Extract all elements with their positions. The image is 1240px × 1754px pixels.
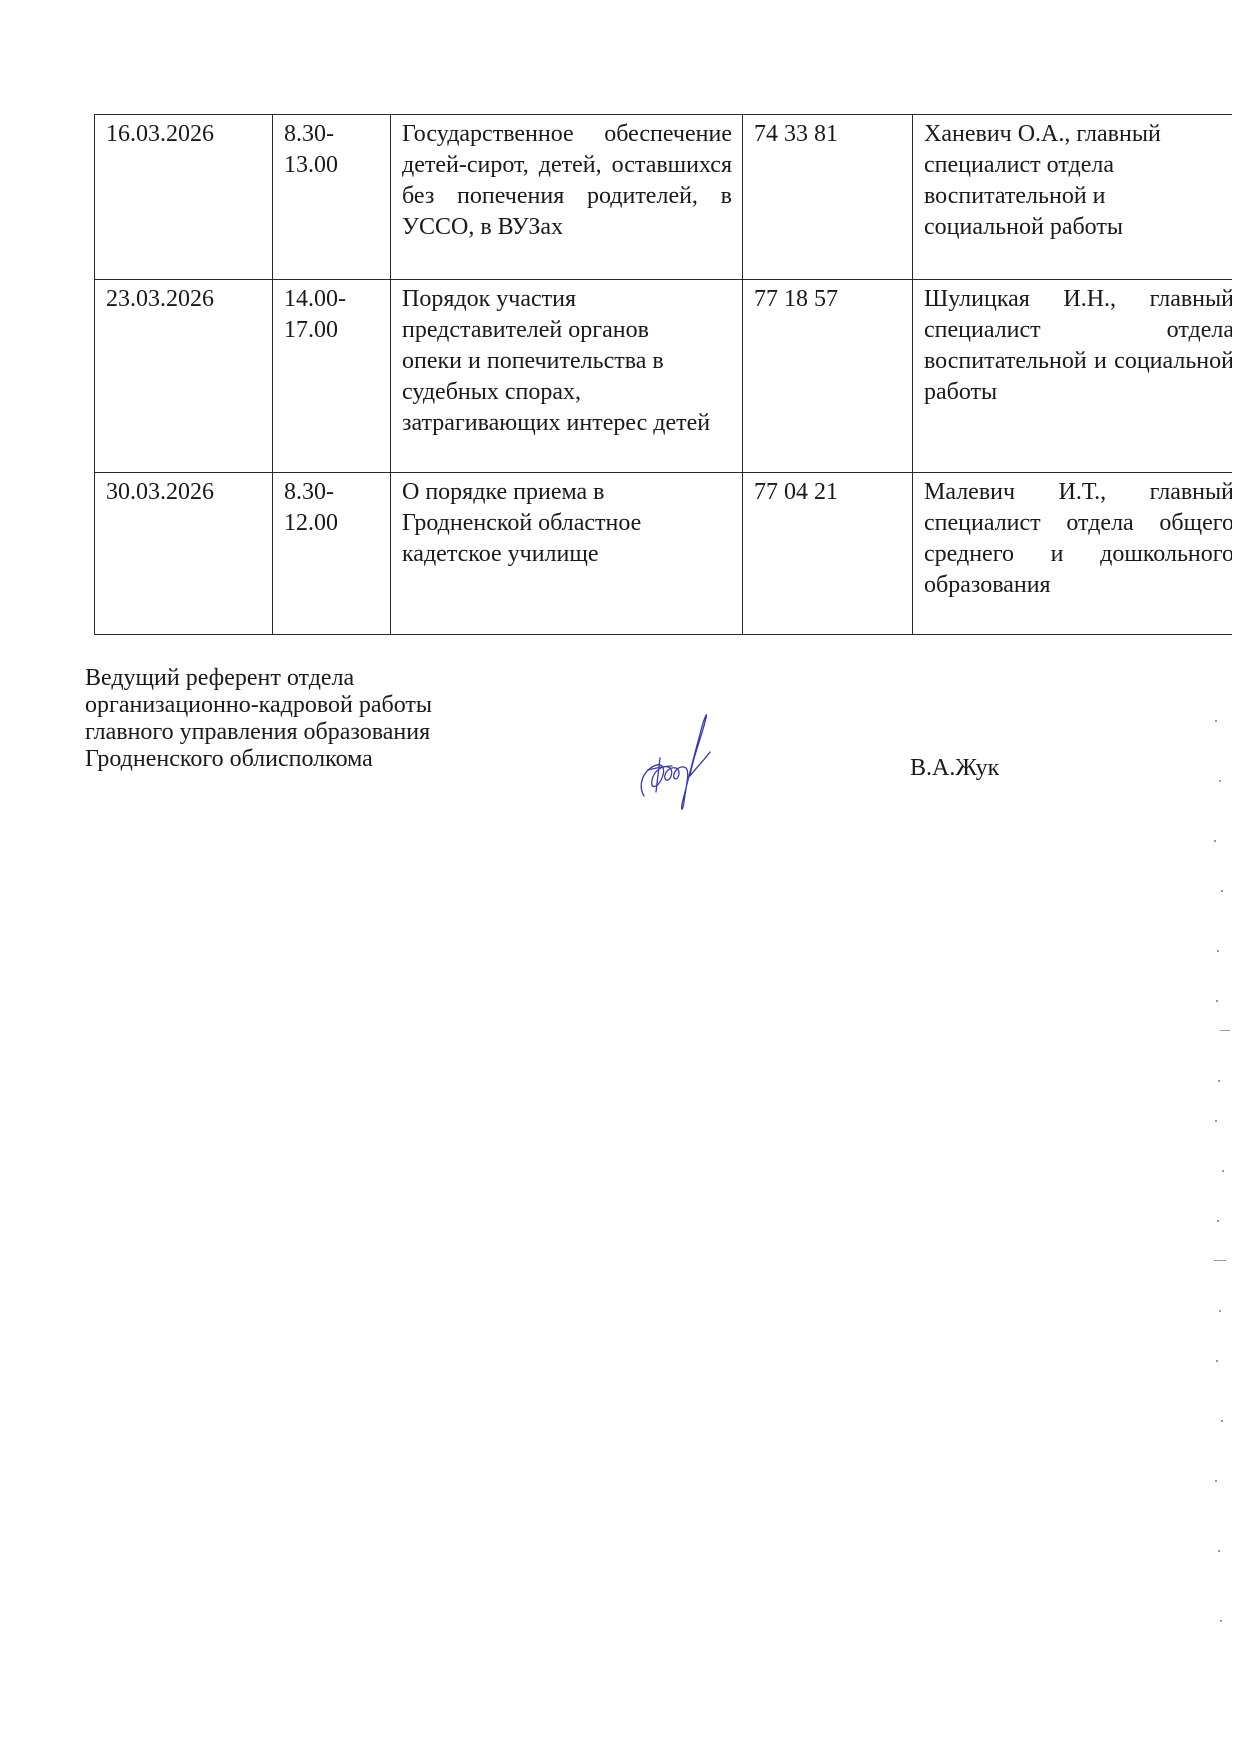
time-cell: 8.30-13.00 — [273, 115, 391, 280]
date-cell: 23.03.2026 — [95, 280, 273, 473]
position-line: Гродненского облисполкома — [85, 746, 432, 773]
position-line: главного управления образования — [85, 719, 432, 746]
consultation-schedule-table: 16.03.2026 8.30-13.00 Государственное об… — [94, 114, 1232, 635]
topic-cell: Порядок участия представителей органов о… — [391, 280, 743, 473]
date-cell: 30.03.2026 — [95, 473, 273, 635]
time-end: 13.00 — [284, 152, 338, 178]
handwritten-signature-icon — [636, 706, 720, 816]
table-row: 30.03.2026 8.30-12.00 О порядке приема в… — [95, 473, 1233, 635]
person-cell: Ханевич О.А., главный специалист отдела … — [913, 115, 1233, 280]
person-cell: Малевич И.Т., главный специалист отдела … — [913, 473, 1233, 635]
table-row: 23.03.2026 14.00-17.00 Порядок участия п… — [95, 280, 1233, 473]
time-start: 8.30- — [284, 121, 334, 147]
position-line: Ведущий референт отдела — [85, 665, 432, 692]
time-start: 14.00- — [284, 286, 346, 312]
position-line: организационно-кадровой работы — [85, 692, 432, 719]
phone-cell: 77 18 57 — [743, 280, 913, 473]
signer-name: В.А.Жук — [910, 755, 999, 782]
signer-position: Ведущий референт отдела организационно-к… — [85, 665, 432, 773]
scan-artifact-strip — [1212, 700, 1226, 1700]
time-end: 12.00 — [284, 510, 338, 536]
time-end: 17.00 — [284, 317, 338, 343]
topic-cell: Государственное обеспечение детей-сирот,… — [391, 115, 743, 280]
time-start: 8.30- — [284, 479, 334, 505]
phone-cell: 74 33 81 — [743, 115, 913, 280]
time-cell: 8.30-12.00 — [273, 473, 391, 635]
table-row: 16.03.2026 8.30-13.00 Государственное об… — [95, 115, 1233, 280]
document-page: 16.03.2026 8.30-13.00 Государственное об… — [0, 0, 1232, 1754]
person-cell: Шулицкая И.Н., главный специалист отдела… — [913, 280, 1233, 473]
date-cell: 16.03.2026 — [95, 115, 273, 280]
time-cell: 14.00-17.00 — [273, 280, 391, 473]
phone-cell: 77 04 21 — [743, 473, 913, 635]
topic-cell: О порядке приема в Гродненской областное… — [391, 473, 743, 635]
